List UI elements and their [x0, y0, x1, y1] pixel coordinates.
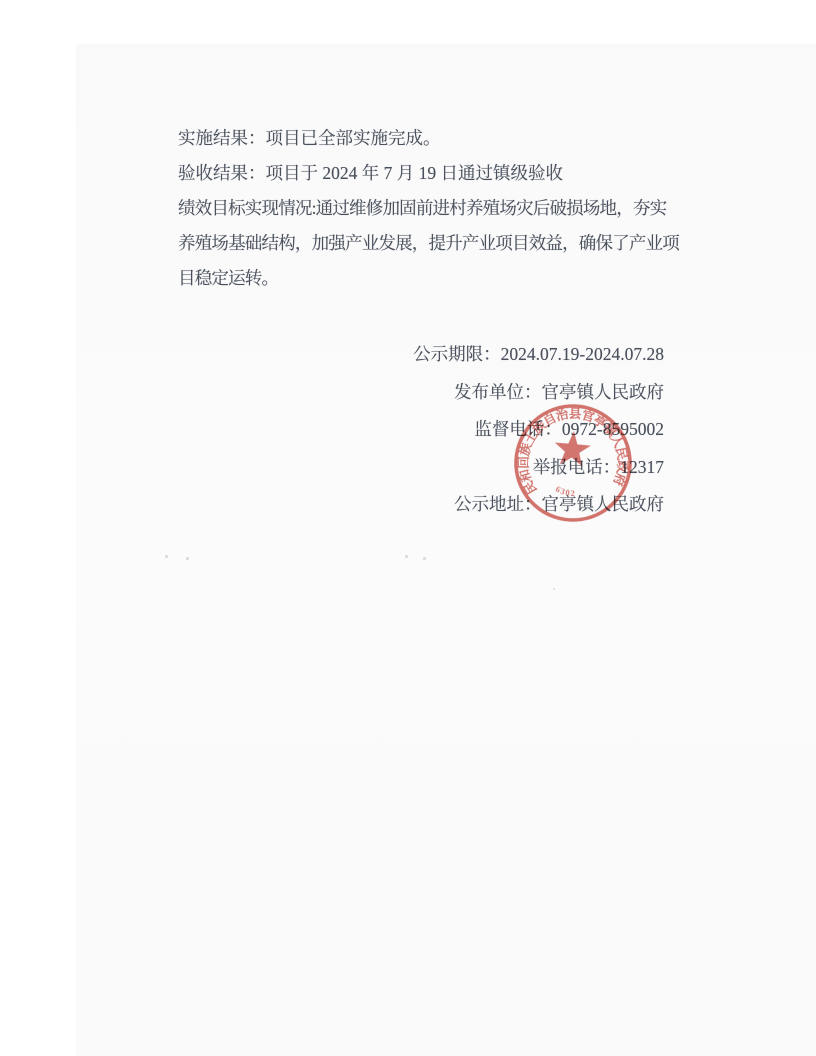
seal-ring: [513, 403, 633, 523]
seal-code-digits: 6302: [553, 483, 576, 499]
scan-speck: [186, 557, 189, 560]
scanned-document-page: 实施结果：项目已全部实施完成。 验收结果：项目于 2024 年 7 月 19 日…: [0, 0, 816, 1056]
scan-speck: [405, 555, 408, 558]
body-text-block: 实施结果：项目已全部实施完成。 验收结果：项目于 2024 年 7 月 19 日…: [178, 121, 703, 296]
scan-speck: [165, 555, 168, 558]
publicity-period-label: 公示期限：: [413, 344, 501, 364]
performance-goal-line-3: 目稳定运转。: [178, 261, 703, 296]
publicity-period-line: 公示期限：2024.07.19-2024.07.28: [413, 336, 664, 374]
performance-goal-line-1: 绩效目标实现情况:通过维修加固前进村养殖场灾后破损场地，夯实: [178, 191, 703, 226]
official-seal: 民和回族土族自治县官亭镇人民政府 6302: [494, 384, 652, 542]
acceptance-result-line: 验收结果：项目于 2024 年 7 月 19 日通过镇级验收: [178, 156, 703, 191]
seal-code-holder: 6302: [553, 483, 576, 499]
performance-goal-line-2: 养殖场基础结构，加强产业发展，提升产业项目效益，确保了产业项: [178, 226, 703, 261]
implementation-result-line: 实施结果：项目已全部实施完成。: [178, 121, 703, 156]
scan-speck: [423, 557, 426, 560]
scan-speck: [553, 588, 555, 590]
seal-star-icon: [553, 430, 592, 467]
publicity-period-value: 2024.07.19-2024.07.28: [501, 344, 664, 364]
